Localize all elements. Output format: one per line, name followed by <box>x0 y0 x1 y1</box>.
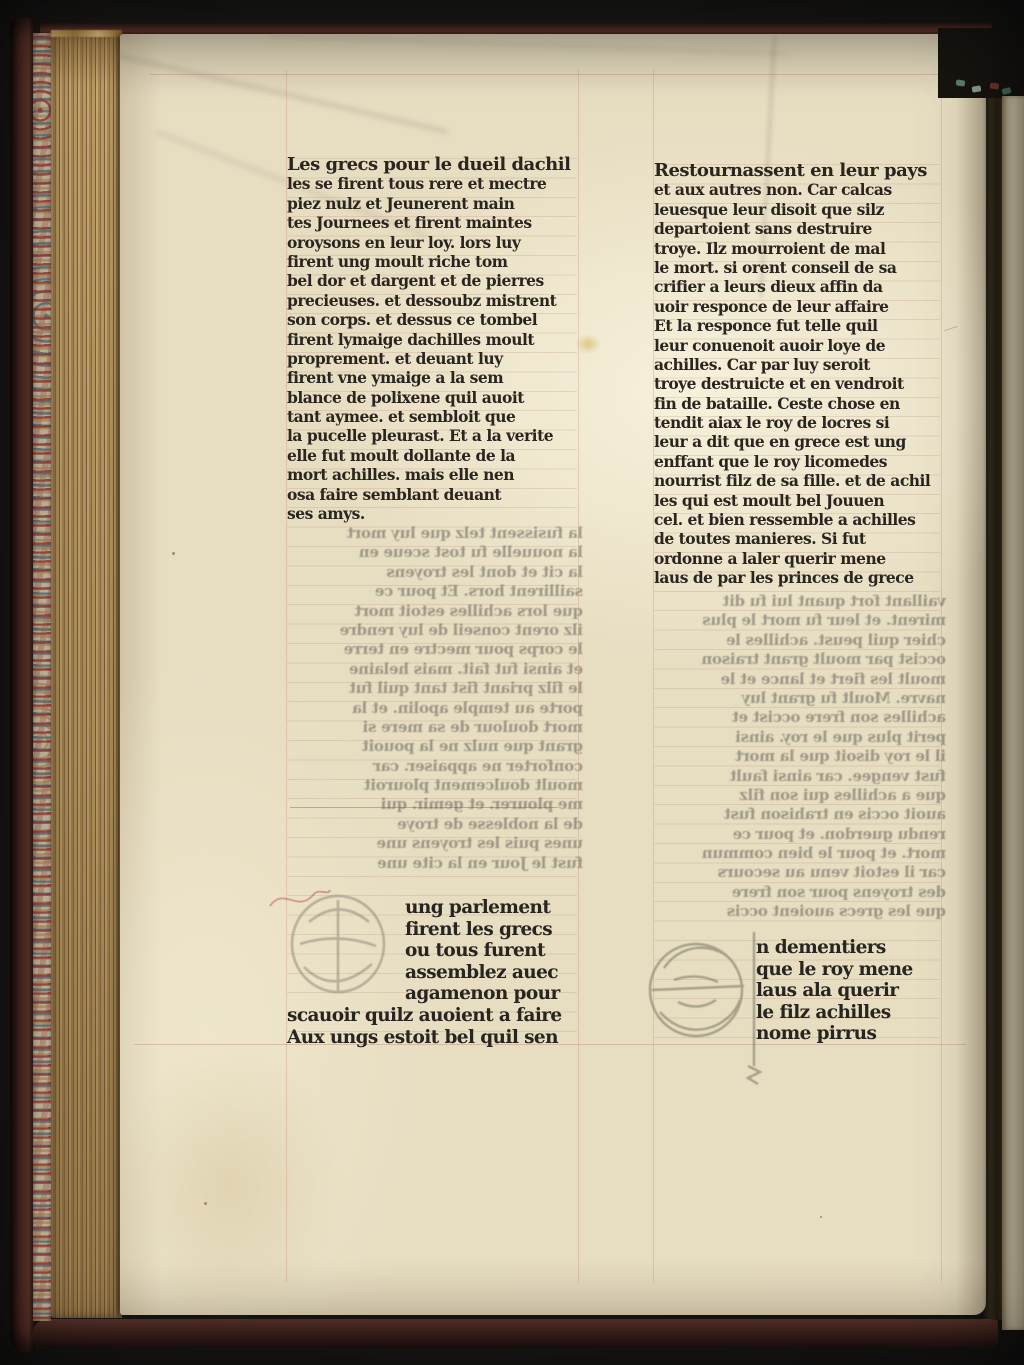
text-line: enffant que le roy licomedes <box>654 452 946 471</box>
vellum-crease <box>270 35 790 55</box>
left-column-section-indented: ung parlementfirent les grecsou tous fur… <box>405 897 560 1005</box>
endband-stitch <box>990 83 1000 90</box>
showthrough-line: perit plus que le roy. ainsi <box>650 728 946 747</box>
showthrough-line: auoit occis en trahison fust <box>650 805 946 824</box>
showthrough-line: de la noblesse de troye <box>283 815 583 834</box>
text-line: troye. Ilz mourroient de mal <box>654 239 946 258</box>
showthrough-line: achilles son frere occist et <box>650 708 946 727</box>
text-line: agamenon pour <box>405 983 560 1005</box>
text-line: blance de polixene quil auoit <box>287 388 583 407</box>
text-line: firent vne ymaige a la sem <box>287 368 583 387</box>
vellum-crease <box>116 54 448 133</box>
text-line: fin de bataille. Ceste chose en <box>654 394 946 413</box>
endband-stitch <box>956 79 966 86</box>
showthrough-line: des troyens pour son frere <box>650 883 946 902</box>
text-line: n dementiers <box>756 937 913 959</box>
left-column-showthrough-text: la fusissent telz que luy mortla nouuell… <box>283 524 583 873</box>
left-column-section-full: scauoir quilz auoient a faireAux ungs es… <box>287 1005 562 1048</box>
foxing-speck <box>204 1202 207 1205</box>
text-line: leur conuenoit auoir loye de <box>654 336 946 355</box>
text-line: laus ala querir <box>756 980 913 1002</box>
text-line: Restournassent en leur pays <box>654 161 946 180</box>
showthrough-line: la fusissent telz que luy mort <box>283 524 583 543</box>
text-line: ses amys. <box>287 504 583 523</box>
text-line: Les grecs pour le dueil dachil <box>287 155 583 174</box>
text-line: tes Journees et firent maintes <box>287 213 583 232</box>
showthrough-line: que les grecs auoient occis <box>650 902 946 921</box>
text-line: departoient sans destruire <box>654 219 946 238</box>
showthrough-line: fust le Jour en la cite une <box>283 854 583 873</box>
text-line: uoir responce de leur affaire <box>654 297 946 316</box>
endband-stitch <box>972 85 982 92</box>
text-line: les se firent tous rere et mectre <box>287 174 583 193</box>
marbled-endpaper-edge <box>33 33 51 1321</box>
showthrough-line: conforter ne appaiser. car <box>283 757 583 776</box>
showthrough-line: rendu guerdon. et pour ce <box>650 825 946 844</box>
text-line: proprement. et deuant luy <box>287 349 583 368</box>
text-line: Aux ungs estoit bel quil sen <box>287 1027 562 1049</box>
text-line: bel dor et dargent et de pierres <box>287 271 583 290</box>
text-line: firent ung moult riche tom <box>287 252 583 271</box>
showthrough-line: vaillant fort quant lui fu dit <box>650 592 946 611</box>
right-column-section-indented: n dementiersque le roy menelaus ala quer… <box>756 937 913 1045</box>
showthrough-line: le corps pour mectre en terre <box>283 640 583 659</box>
text-line: nourrist filz de sa fille. et de achil <box>654 471 946 490</box>
stain <box>120 1044 340 1324</box>
text-line: que le roy mene <box>756 959 913 981</box>
showthrough-line: car il estoit venu au secours <box>650 863 946 882</box>
text-line: ou tous furent <box>405 940 560 962</box>
showthrough-line: que a achilles qui son filz <box>650 786 946 805</box>
left-column-text: Les grecs pour le dueil dachilles se fir… <box>287 155 583 523</box>
text-line: piez nulz et Jeunerent main <box>287 194 583 213</box>
text-line: elle fut moult dollante de la <box>287 446 583 465</box>
text-line: assemblez auec <box>405 962 560 984</box>
text-line: ordonne a laler querir mene <box>654 549 946 568</box>
showthrough-line: grant que nulz ne la pouoit <box>283 737 583 756</box>
text-line: troye destruicte et en vendroit <box>654 374 946 393</box>
right-column-showthrough-text: vaillant fort quant lui fu ditmirent. et… <box>650 592 946 922</box>
showthrough-line: la cit et dont les troyens <box>283 563 583 582</box>
showthrough-line: saillirent hors. Et pour ce <box>283 582 583 601</box>
showthrough-line: porte au temple apolin. et la <box>283 699 583 718</box>
showthrough-line: mirent. et leur fu mort le plus <box>650 611 946 630</box>
text-line: la pucelle pleurast. Et a la verite <box>287 426 583 445</box>
text-line: de toutes manieres. Si fut <box>654 529 946 548</box>
text-line: oroysons en leur loy. lors luy <box>287 233 583 252</box>
text-line: leuesque leur disoit que silz <box>654 200 946 219</box>
text-line: leur a dit que en grece est ung <box>654 432 946 451</box>
text-line: crifier a leurs dieux affin da <box>654 277 946 296</box>
text-line: le mort. si orent conseil de sa <box>654 258 946 277</box>
text-line: scauoir quilz auoient a faire <box>287 1005 562 1027</box>
showthrough-line: moult doulcement plouroit <box>283 776 583 795</box>
leather-cover-left-edge <box>10 18 35 1352</box>
text-line: son corps. et dessus ce tombel <box>287 310 583 329</box>
text-line: Et la responce fut telle quil <box>654 316 946 335</box>
facing-page-sliver <box>1002 96 1024 1330</box>
vellum-page: Les grecs pour le dueil dachilles se fir… <box>120 34 986 1315</box>
endband-stitch <box>1001 87 1011 95</box>
text-line: laus de par les princes de grece <box>654 568 946 587</box>
text-line: achilles. Car par luy seroit <box>654 355 946 374</box>
text-line: osa faire semblant deuant <box>287 485 583 504</box>
showthrough-line: unes puis les troyens une <box>283 834 583 853</box>
showthrough-line: ilz orent conseil de luy rendre <box>283 621 583 640</box>
page-block-fore-edge <box>51 33 122 1318</box>
foxing-speck <box>172 552 175 555</box>
foxing-speck <box>820 1216 822 1218</box>
gutter-top-shadow <box>938 28 1024 98</box>
showthrough-line: navre. Moult fu grant luy <box>650 689 946 708</box>
text-line: tant aymee. et sembloit que <box>287 407 583 426</box>
showthrough-line: il le roy disoit que la mort <box>650 747 946 766</box>
showthrough-line: me plourer. et gemir. qui <box>283 795 583 814</box>
showthrough-line: le filz priant fist tant quil fut <box>283 679 583 698</box>
showthrough-line: et ainsi fut fait. mais helaine <box>283 660 583 679</box>
text-line: precieuses. et dessoubz mistrent <box>287 291 583 310</box>
gutter-shadow <box>983 34 1004 1320</box>
manuscript-photograph: Les grecs pour le dueil dachilles se fir… <box>0 0 1024 1365</box>
red-margin-mark <box>944 326 958 331</box>
red-flourish-showthrough <box>268 884 332 916</box>
text-line: tendit aiax le roy de locres si <box>654 413 946 432</box>
text-line: nome pirrus <box>756 1023 913 1045</box>
gilt-edge-highlight <box>51 30 122 37</box>
text-line: le filz achilles <box>756 1002 913 1024</box>
showthrough-line: mort doulour de sa mere si <box>283 718 583 737</box>
showthrough-line: la nouuelle fu tost sceue en <box>283 543 583 562</box>
showthrough-line: occist par moult grant traison <box>650 650 946 669</box>
text-line: et aux autres non. Car calcas <box>654 180 946 199</box>
showthrough-line: que lors achilles estoit mort <box>283 602 583 621</box>
text-line: firent lymaige dachilles moult <box>287 330 583 349</box>
text-line: firent les grecs <box>405 919 560 941</box>
text-line: les qui est moult bel Jouuen <box>654 491 946 510</box>
text-line: mort achilles. mais elle nen <box>287 465 583 484</box>
right-column-text: Restournassent en leur payset aux autres… <box>654 161 946 588</box>
showthrough-line: moult les fiert et lance et le <box>650 670 946 689</box>
unfinished-initial-sketch <box>644 930 766 1086</box>
text-line: ung parlement <box>405 897 560 919</box>
showthrough-line: mort. et pour le bien commun <box>650 844 946 863</box>
showthrough-line: fust vengee. car ainsi fault <box>650 767 946 786</box>
text-line: cel. et bien ressemble a achilles <box>654 510 946 529</box>
ruling-line-top <box>150 74 962 75</box>
showthrough-line: chier quil peust. achilles le <box>650 631 946 650</box>
